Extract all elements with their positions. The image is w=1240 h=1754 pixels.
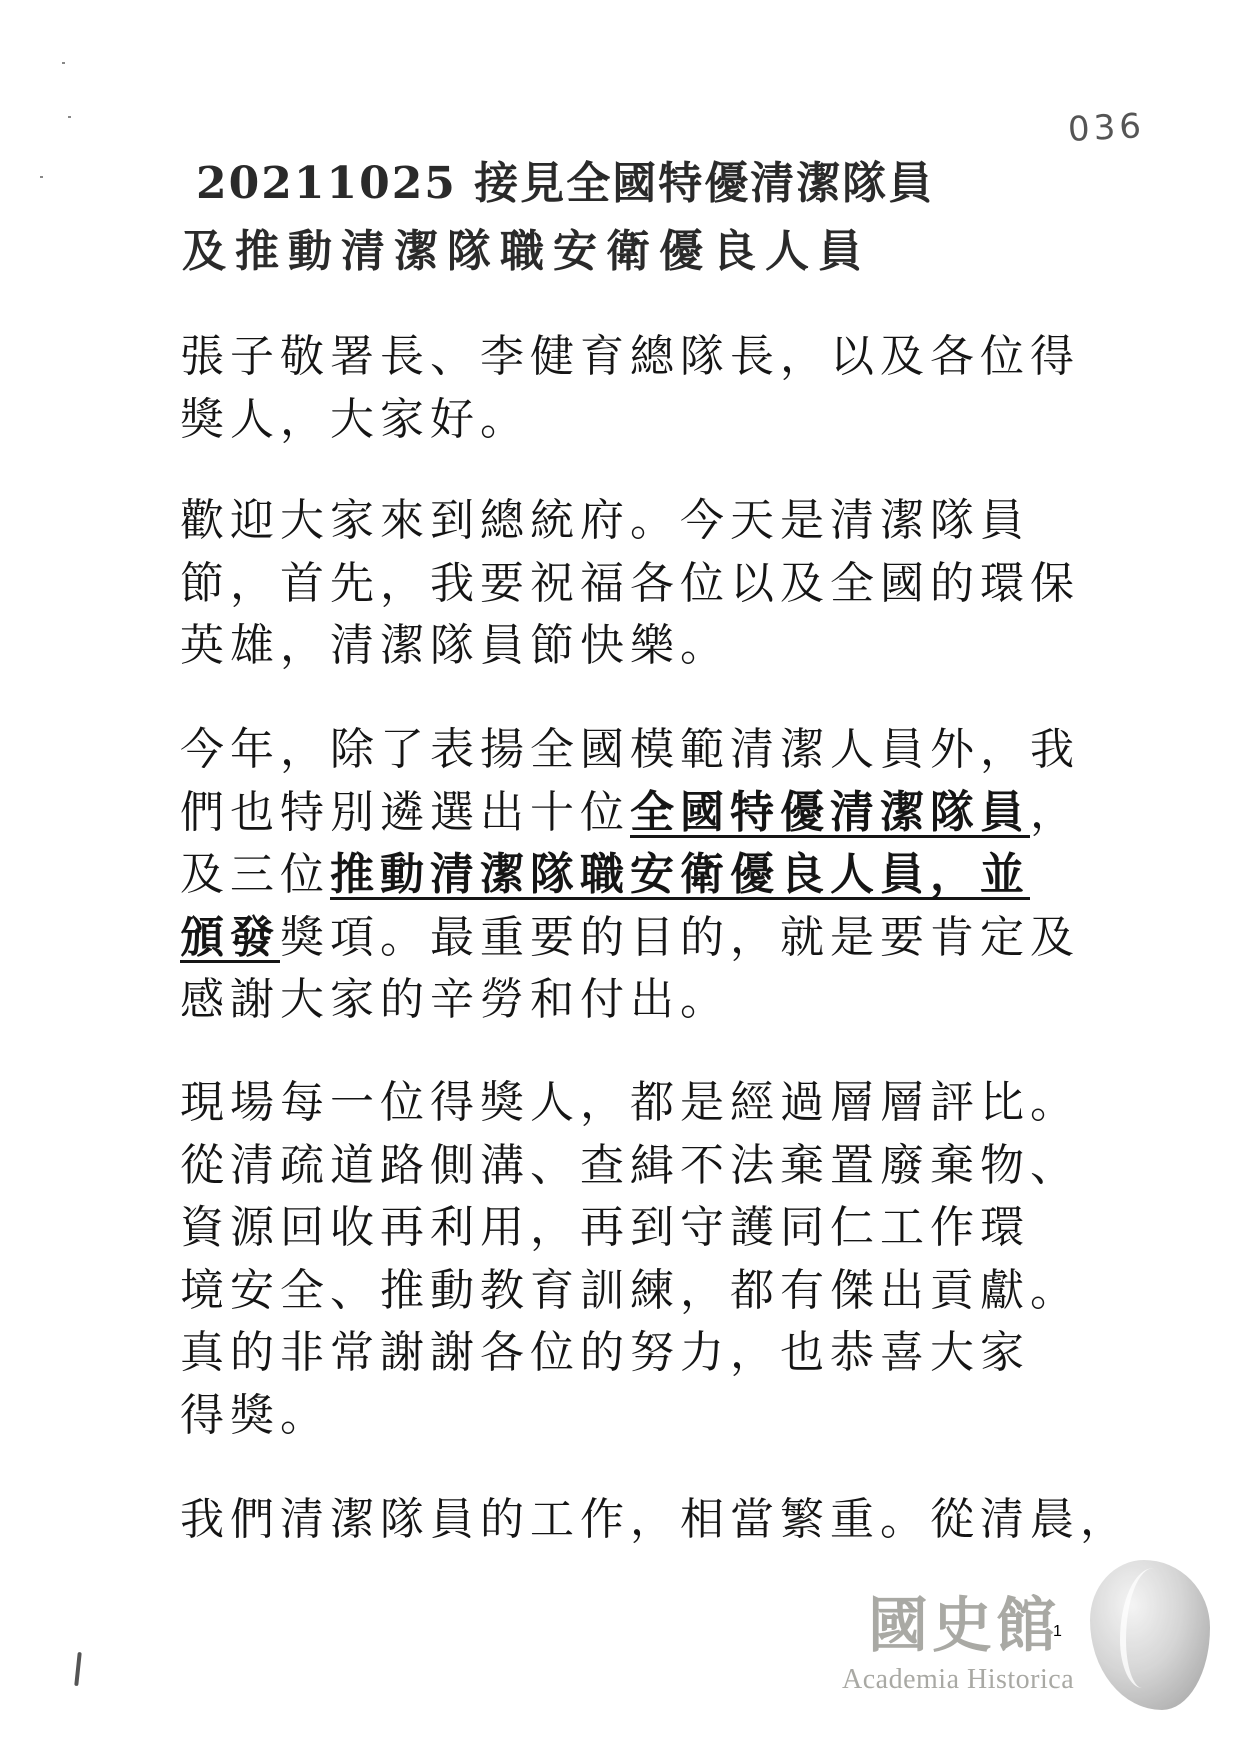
scan-speck [62, 62, 65, 64]
watermark-logo-icon [1090, 1560, 1210, 1710]
text-line: 感謝大家的辛勞和付出。 [180, 969, 1080, 1032]
text-segment: 今年，除了表揚全國模範清潔人員外，我 [180, 724, 1080, 775]
text-segment: 資源回收再利用，再到守護同仁工作環 [180, 1202, 1030, 1253]
text-line: 得獎。 [180, 1385, 1080, 1448]
text-segment: 獎項。最重要的目的，就是要肯定及 [280, 912, 1080, 963]
text-line: 英雄，清潔隊員節快樂。 [180, 615, 1080, 678]
title-line-1: 20211025 接見全國特優清潔隊員 [196, 150, 934, 218]
watermark-english-name: Academia Historica [842, 1664, 1074, 1696]
text-segment: 英雄，清潔隊員節快樂。 [180, 620, 730, 671]
text-line: 從清疏道路側溝、查緝不法棄置廢棄物、 [180, 1135, 1080, 1198]
text-segment: 們也特別遴選出十位 [180, 787, 630, 838]
text-segment: 境安全、推動教育訓練，都有傑出貢獻。 [180, 1265, 1080, 1316]
text-line: 及三位推動清潔隊職安衛優良人員，並 [180, 844, 1080, 907]
text-line: 張子敬署長、李健育總隊長，以及各位得 [180, 326, 1080, 389]
paragraph-work: 我們清潔隊員的工作，相當繁重。從清晨， [180, 1489, 1080, 1552]
scan-speck [68, 116, 71, 118]
text-segment: 張子敬署長、李健育總隊長，以及各位得 [180, 331, 1080, 382]
underlined-emphasis: 全國特優清潔隊員 [630, 787, 1030, 838]
handwritten-margin-mark [74, 1652, 82, 1686]
underlined-emphasis: 頒發 [180, 912, 280, 963]
text-segment: 及三位 [180, 849, 330, 900]
text-line: 頒發獎項。最重要的目的，就是要肯定及 [180, 907, 1080, 970]
text-line: 現場每一位得獎人，都是經過層層評比。 [180, 1072, 1080, 1135]
text-segment: 我們清潔隊員的工作，相當繁重。從清晨， [180, 1494, 1130, 1545]
text-segment: 真的非常謝謝各位的努力，也恭喜大家 [180, 1327, 1030, 1378]
academia-historica-watermark: 國史館 Academia Historica [820, 1560, 1240, 1740]
watermark-chinese-name: 國史館 [868, 1578, 1060, 1664]
paragraph-greeting: 張子敬署長、李健育總隊長，以及各位得獎人，大家好。 [180, 326, 1080, 451]
handwritten-page-number: 036 [1067, 106, 1146, 150]
paragraph-awards: 今年，除了表揚全國模範清潔人員外，我們也特別遴選出十位全國特優清潔隊員，及三位推… [180, 719, 1080, 1032]
paragraph-achievements: 現場每一位得獎人，都是經過層層評比。從清疏道路側溝、查緝不法棄置廢棄物、資源回收… [180, 1072, 1080, 1447]
paragraph-welcome: 歡迎大家來到總統府。今天是清潔隊員節，首先，我要祝福各位以及全國的環保英雄，清潔… [180, 490, 1080, 678]
text-line: 真的非常謝謝各位的努力，也恭喜大家 [180, 1322, 1080, 1385]
underlined-emphasis: 推動清潔隊職安衛優良人員，並 [330, 849, 1030, 900]
title-line-2: 及推動清潔隊職安衛優良人員 [182, 218, 934, 286]
text-line: 資源回收再利用，再到守護同仁工作環 [180, 1197, 1080, 1260]
text-line: 歡迎大家來到總統府。今天是清潔隊員 [180, 490, 1080, 553]
text-segment: 節，首先，我要祝福各位以及全國的環保 [180, 558, 1080, 609]
text-segment: 歡迎大家來到總統府。今天是清潔隊員 [180, 495, 1030, 546]
text-line: 節，首先，我要祝福各位以及全國的環保 [180, 553, 1080, 616]
text-line: 獎人，大家好。 [180, 389, 1080, 452]
text-segment: 獎人，大家好。 [180, 394, 530, 445]
text-segment: 得獎。 [180, 1390, 330, 1441]
text-segment: ， [1030, 787, 1080, 838]
text-line: 我們清潔隊員的工作，相當繁重。從清晨， [180, 1489, 1080, 1552]
text-line: 境安全、推動教育訓練，都有傑出貢獻。 [180, 1260, 1080, 1323]
scan-speck [40, 176, 43, 178]
text-segment: 現場每一位得獎人，都是經過層層評比。 [180, 1077, 1080, 1128]
footer-page-number: 1 [1053, 1623, 1062, 1641]
text-segment: 感謝大家的辛勞和付出。 [180, 974, 730, 1025]
document-title: 20211025 接見全國特優清潔隊員 及推動清潔隊職安衛優良人員 [196, 150, 934, 286]
text-line: 們也特別遴選出十位全國特優清潔隊員， [180, 782, 1080, 845]
text-line: 今年，除了表揚全國模範清潔人員外，我 [180, 719, 1080, 782]
text-segment: 從清疏道路側溝、查緝不法棄置廢棄物、 [180, 1140, 1080, 1191]
